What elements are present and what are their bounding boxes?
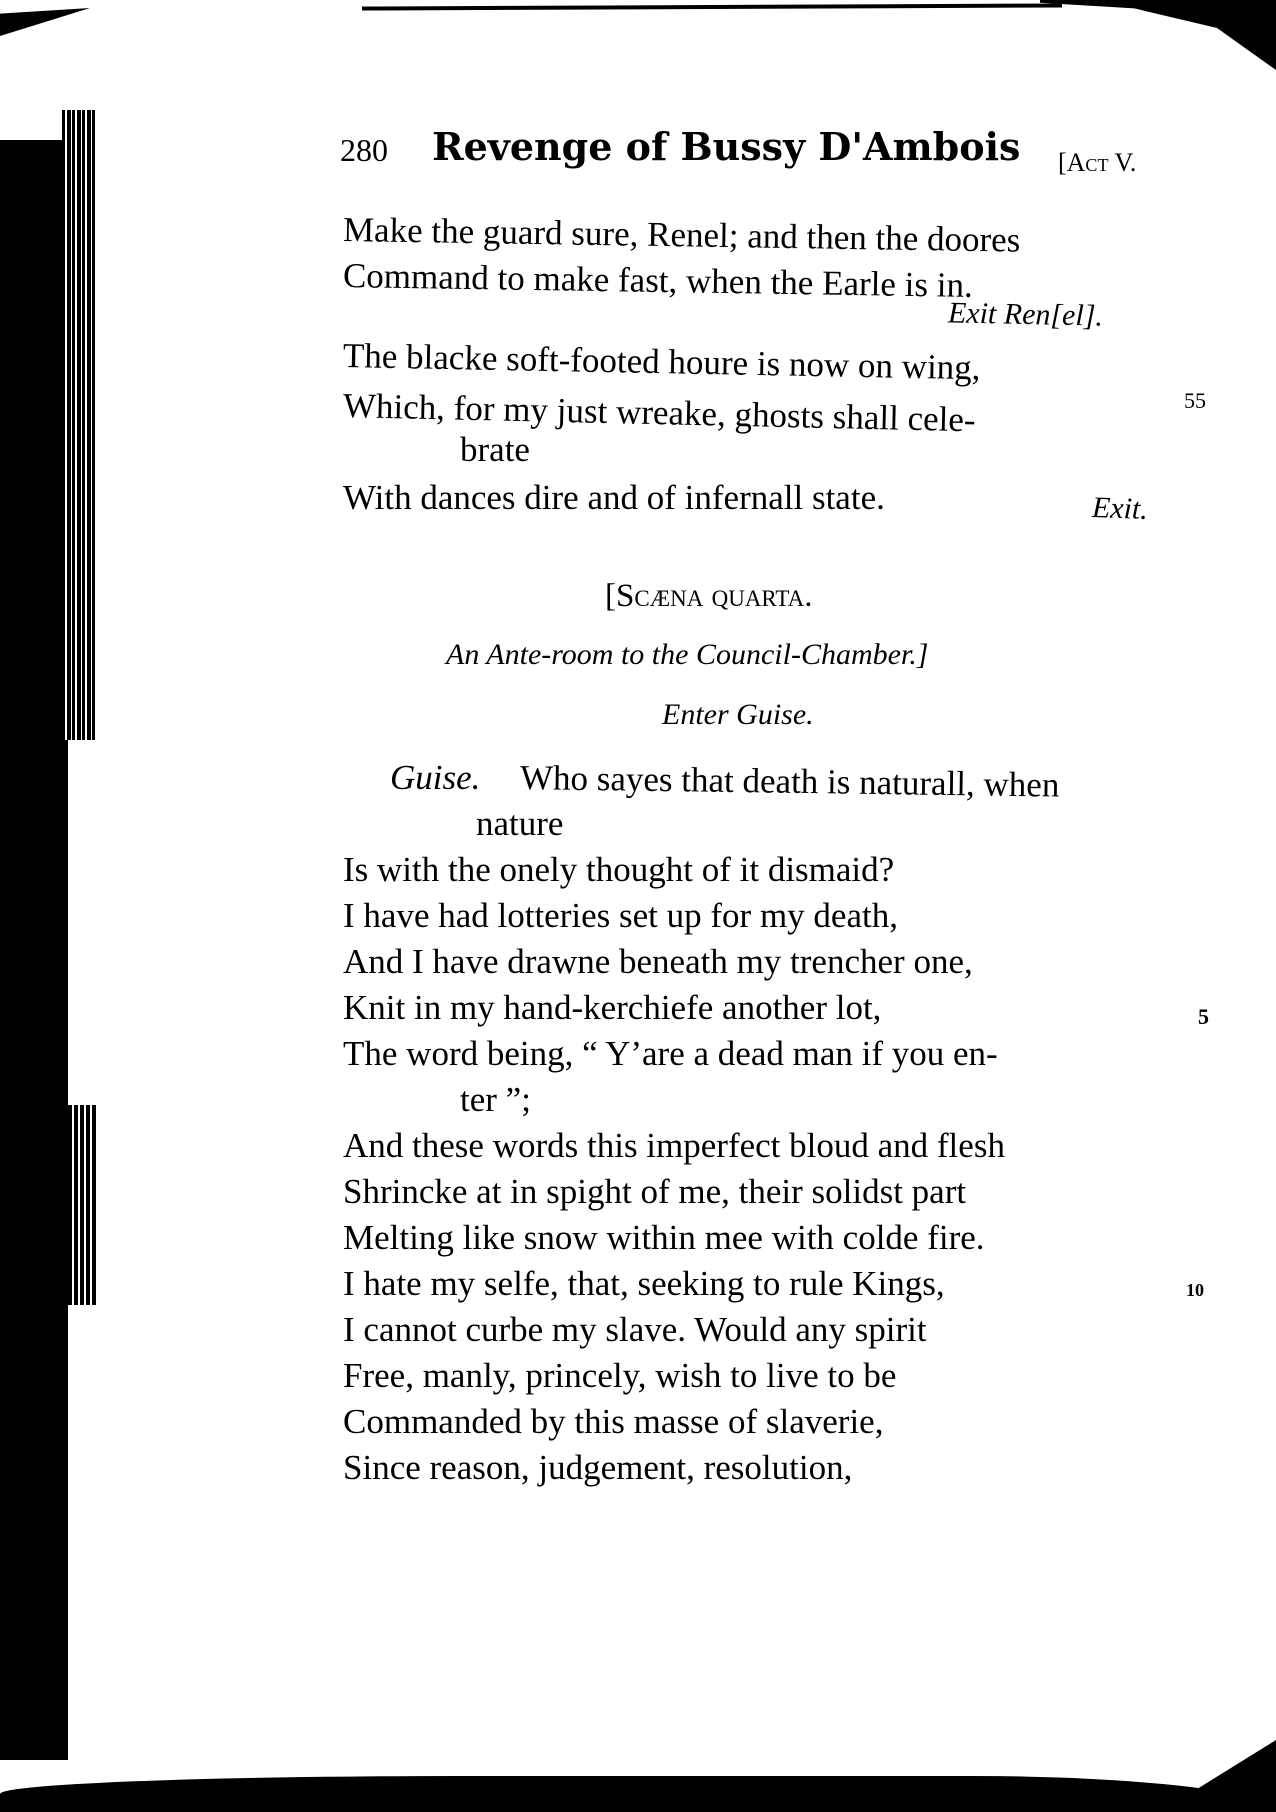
- line-number: 55: [1184, 388, 1206, 414]
- verse-line: Is with the onely thought of it dismaid?: [343, 852, 894, 887]
- stage-direction-exit: Exit.: [1091, 493, 1148, 525]
- verse-line: Commanded by this masse of slaverie,: [343, 1404, 883, 1439]
- page-number: 280: [340, 134, 388, 166]
- verse-line-continuation: ter ”;: [460, 1082, 531, 1117]
- verse-line: The word being, “ Y’are a dead man if yo…: [343, 1036, 998, 1071]
- scan-shadow-top-left: [0, 8, 90, 36]
- verse-line: And I have drawne beneath my trencher on…: [343, 944, 973, 979]
- verse-line-continuation: brate: [460, 432, 530, 467]
- verse-line: Melting like snow within mee with colde …: [343, 1220, 985, 1255]
- speaker-name: Guise.: [390, 760, 480, 795]
- verse-line: The blacke soft-footed houre is now on w…: [343, 338, 981, 385]
- scene-setting: An Ante-room to the Council-Chamber.]: [446, 640, 928, 670]
- verse-line: Make the guard sure, Renel; and then the…: [343, 212, 1021, 258]
- verse-line: Which, for my just wreake, ghosts shall …: [343, 388, 976, 437]
- verse-line: I cannot curbe my slave. Would any spiri…: [343, 1312, 927, 1347]
- verse-line: With dances dire and of infernall state.: [343, 480, 885, 515]
- scan-shadow-top-right: [1040, 0, 1276, 70]
- verse-line: I have had lotteries set up for my death…: [343, 898, 898, 933]
- book-spine-edge-lower: [68, 1105, 98, 1305]
- verse-line: Shrincke at in spight of me, their solid…: [343, 1174, 966, 1209]
- verse-line: Who sayes that death is naturall, when: [520, 760, 1060, 803]
- verse-line: And these words this imperfect bloud and…: [343, 1128, 1005, 1163]
- verse-line: I hate my selfe, that, seeking to rule K…: [343, 1266, 945, 1301]
- act-label: [Act V.: [1058, 150, 1136, 176]
- stage-direction: Exit Ren[el].: [948, 298, 1104, 331]
- line-number: 5: [1198, 1004, 1209, 1030]
- verse-line: Knit in my hand-kerchiefe another lot,: [343, 990, 881, 1025]
- book-spine-shadow: [0, 140, 68, 1760]
- scene-entrance: Enter Guise.: [662, 700, 814, 730]
- scene-heading: [Scæna quarta.: [605, 580, 812, 613]
- verse-line-continuation: nature: [476, 806, 563, 841]
- verse-line: Free, manly, princely, wish to live to b…: [343, 1358, 896, 1393]
- scan-shadow-bottom: [0, 1776, 1276, 1812]
- running-title: Revenge of Bussy D'Ambois: [432, 128, 1020, 166]
- verse-line: Command to make fast, when the Earle is …: [343, 258, 973, 303]
- scan-speck: [8, 184, 16, 192]
- scan-edge-top: [362, 3, 1062, 10]
- line-number: 10: [1186, 1280, 1204, 1301]
- book-spine-edge: [62, 110, 96, 740]
- verse-line: Since reason, judgement, resolution,: [343, 1450, 852, 1485]
